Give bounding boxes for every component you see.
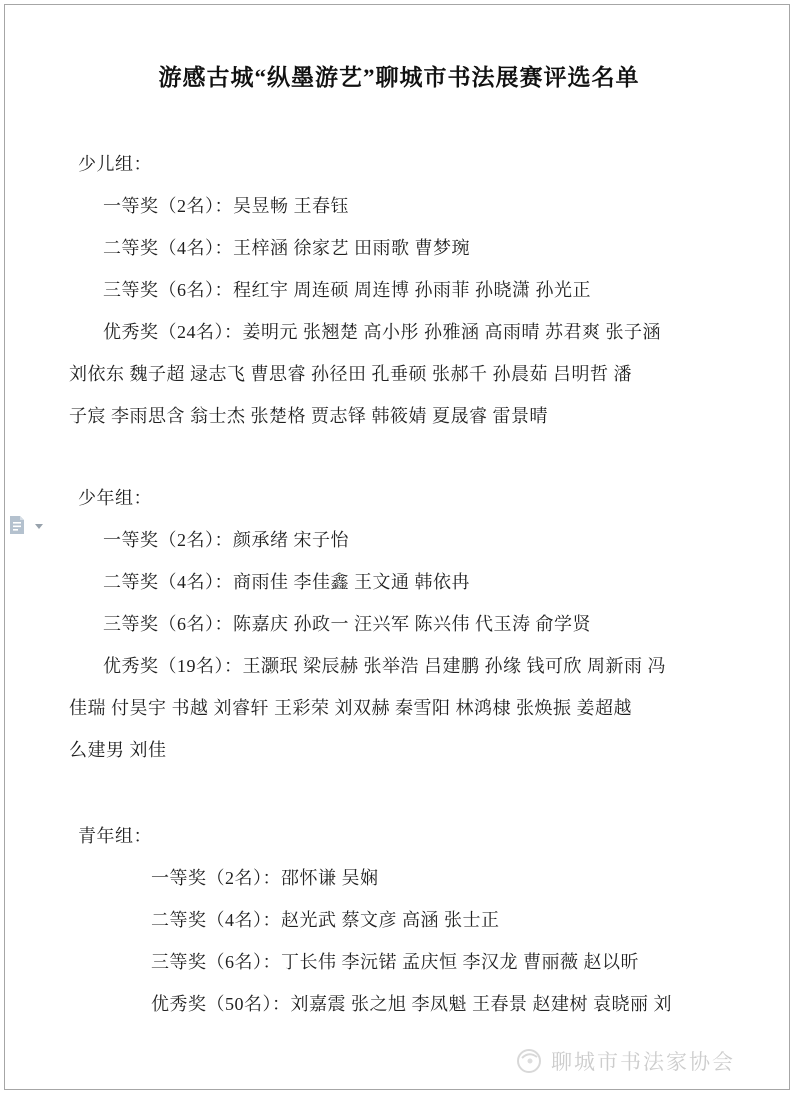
award-line: 一等奖（2名）：邵怀谦 吴娴	[151, 857, 729, 899]
document-page: 游感古城“纵墨游艺”聊城市书法展赛评选名单 少儿组： 一等奖（2名）：吴昱畅 王…	[4, 4, 790, 1090]
group-label: 少儿组：	[78, 143, 729, 185]
caret-down-icon[interactable]	[35, 524, 43, 529]
award-line: 一等奖（2名）：吴昱畅 王春钰	[103, 185, 729, 227]
award-line-continuation: 佳瑞 付昊宇 书越 刘睿轩 王彩荣 刘双赫 秦雪阳 林鸿棣 张焕振 姜超越	[69, 687, 729, 729]
group-label: 少年组：	[78, 477, 729, 519]
award-line: 优秀奖（19名）：王灏珉 梁辰赫 张举浩 吕建鹏 孙缘 钱可欣 周新雨 冯	[103, 645, 729, 687]
watermark-text: 聊城市书法家协会	[551, 1046, 735, 1076]
association-watermark: 聊城市书法家协会	[513, 1045, 735, 1077]
award-line-continuation: 么建男 刘佳	[69, 729, 729, 771]
group-young-adult: 青年组： 一等奖（2名）：邵怀谦 吴娴 二等奖（4名）：赵光武 蔡文彦 高涵 张…	[69, 815, 729, 1025]
page-title: 游感古城“纵墨游艺”聊城市书法展赛评选名单	[69, 61, 729, 95]
group-children: 少儿组： 一等奖（2名）：吴昱畅 王春钰 二等奖（4名）：王梓涵 徐家艺 田雨歌…	[69, 143, 729, 437]
award-line: 优秀奖（50名）：刘嘉震 张之旭 李凤魁 王春景 赵建树 袁晓丽 刘	[151, 983, 729, 1025]
group-youth: 少年组： 一等奖（2名）：颜承绪 宋子怡 二等奖（4名）：商雨佳 李佳鑫 王文通…	[69, 477, 729, 771]
award-line: 二等奖（4名）：王梓涵 徐家艺 田雨歌 曹梦琬	[103, 227, 729, 269]
award-line: 二等奖（4名）：商雨佳 李佳鑫 王文通 韩依冉	[103, 561, 729, 603]
award-line-continuation: 刘依东 魏子超 逯志飞 曹思睿 孙径田 孔垂硕 张郝千 孙晨茹 吕明哲 潘	[69, 353, 729, 395]
association-logo-icon	[513, 1045, 545, 1077]
document-note-icon[interactable]	[6, 514, 28, 536]
award-line: 三等奖（6名）：程红宇 周连硕 周连博 孙雨菲 孙晓潇 孙光正	[103, 269, 729, 311]
award-line: 三等奖（6名）：丁长伟 李沅锘 孟庆恒 李汉龙 曹丽薇 赵以昕	[151, 941, 729, 983]
award-line: 一等奖（2名）：颜承绪 宋子怡	[103, 519, 729, 561]
award-line-continuation: 子宸 李雨思含 翁士杰 张楚格 贾志铎 韩筱婧 夏晟睿 雷景晴	[69, 395, 729, 437]
award-line: 二等奖（4名）：赵光武 蔡文彦 高涵 张士正	[151, 899, 729, 941]
group-label: 青年组：	[78, 815, 729, 857]
award-line: 三等奖（6名）：陈嘉庆 孙政一 汪兴军 陈兴伟 代玉涛 俞学贤	[103, 603, 729, 645]
floating-note-widget[interactable]	[6, 514, 43, 536]
award-line: 优秀奖（24名）：姜明元 张翘楚 高小彤 孙雅涵 高雨晴 苏君爽 张子涵	[103, 311, 729, 353]
